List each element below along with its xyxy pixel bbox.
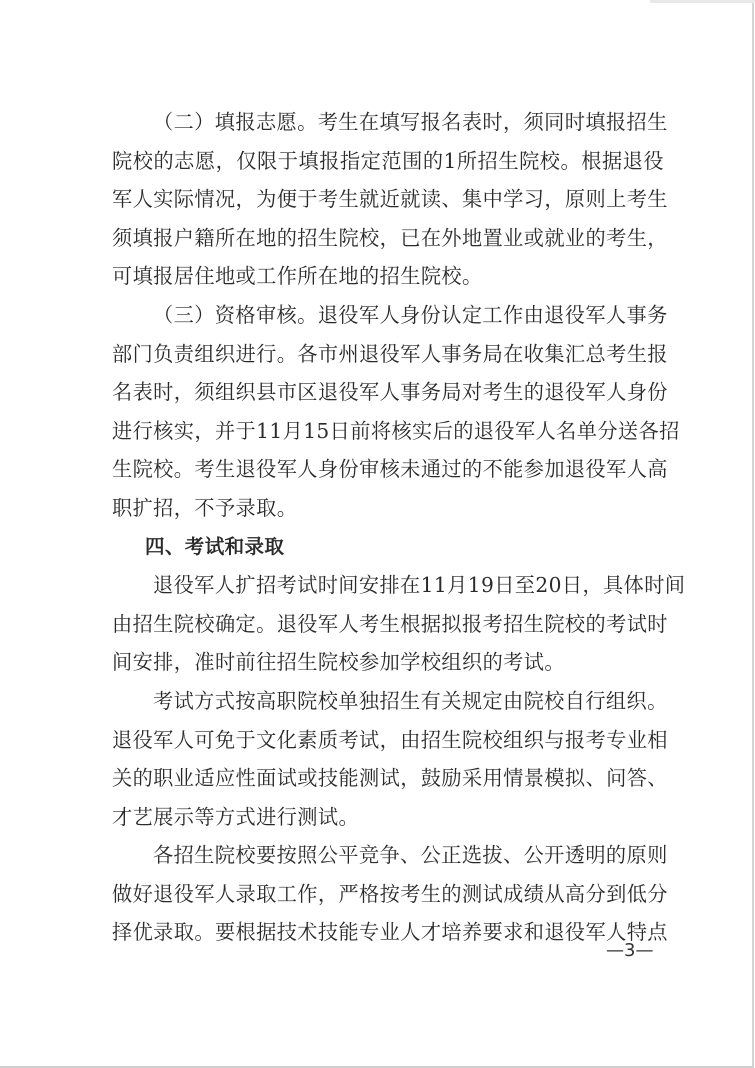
text-line: 可填报居住地或工作所在地的招生院校。 [112, 257, 664, 296]
paragraph-exam-schedule: 退役军人扩招考试时间安排在11月19日至20日，具体时间 由招生院校确定。退役军… [112, 566, 664, 682]
text-line: 由招生院校确定。退役军人考生根据拟报考招生院校的考试时 [112, 605, 664, 644]
paragraph-fill-preferences: （二）填报志愿。考生在填写报名表时，须同时填报招生 院校的志愿，仅限于填报指定范… [112, 103, 664, 296]
text-line: 进行核实，并于11月15日前将核实后的退役军人名单分送各招 [112, 412, 664, 451]
text-line: 才艺展示等方式进行测试。 [112, 798, 664, 837]
text-line: 关的职业适应性面试或技能测试，鼓励采用情景模拟、问答、 [112, 759, 664, 798]
text-line: （三）资格审核。退役军人身份认定工作由退役军人事务 [112, 296, 664, 335]
text-line: 间安排，准时前往招生院校参加学校组织的考试。 [112, 643, 664, 682]
text-line: （二）填报志愿。考生在填写报名表时，须同时填报招生 [112, 103, 664, 142]
text-line: 考试方式按高职院校单独招生有关规定由院校自行组织。 [112, 682, 664, 721]
scan-edge-mark [650, 0, 755, 3]
document-body: （二）填报志愿。考生在填写报名表时，须同时填报招生 院校的志愿，仅限于填报指定范… [112, 103, 664, 952]
text-line: 退役军人扩招考试时间安排在11月19日至20日，具体时间 [112, 566, 664, 605]
paragraph-exam-method: 考试方式按高职院校单独招生有关规定由院校自行组织。 退役军人可免于文化素质考试，… [112, 682, 664, 836]
paragraph-admission: 各招生院校要按照公平竞争、公正选拔、公开透明的原则 做好退役军人录取工作，严格按… [112, 836, 664, 952]
text-line: 部门负责组织进行。各市州退役军人事务局在收集汇总考生报 [112, 335, 664, 374]
page-number: —3— [606, 940, 653, 961]
text-line: 名表时，须组织县市区退役军人事务局对考生的退役军人身份 [112, 373, 664, 412]
text-line: 生院校。考生退役军人身份审核未通过的不能参加退役军人高 [112, 450, 664, 489]
text-line: 择优录取。要根据技术技能专业人才培养要求和退役军人特点 [112, 913, 664, 952]
text-line: 须填报户籍所在地的招生院校，已在外地置业或就业的考生， [112, 219, 664, 258]
paragraph-eligibility-review: （三）资格审核。退役军人身份认定工作由退役军人事务 部门负责组织进行。各市州退役… [112, 296, 664, 528]
text-line: 各招生院校要按照公平竞争、公正选拔、公开透明的原则 [112, 836, 664, 875]
text-line: 做好退役军人录取工作，严格按考生的测试成绩从高分到低分 [112, 875, 664, 914]
document-page: （二）填报志愿。考生在填写报名表时，须同时填报招生 院校的志愿，仅限于填报指定范… [0, 0, 754, 1068]
text-line: 军人实际情况，为便于考生就近就读、集中学习，原则上考生 [112, 180, 664, 219]
text-line: 退役军人可免于文化素质考试，由招生院校组织与报考专业相 [112, 721, 664, 760]
section-heading: 四、考试和录取 [112, 528, 664, 567]
text-line: 职扩招，不予录取。 [112, 489, 664, 528]
text-line: 院校的志愿，仅限于填报指定范围的1所招生院校。根据退役 [112, 142, 664, 181]
